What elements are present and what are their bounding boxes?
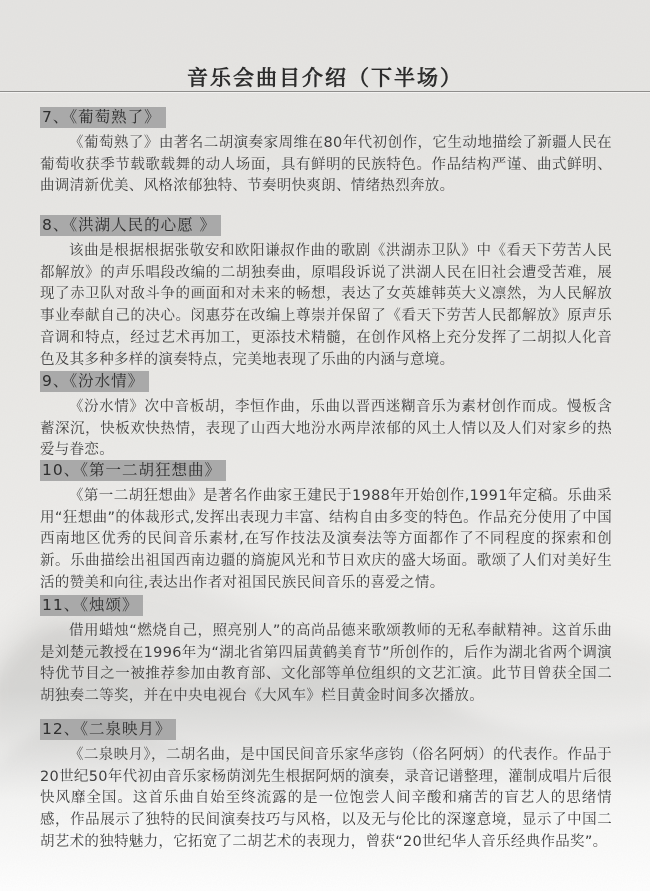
item-description: 《二泉映月》，二胡名曲，是中国民间音乐家华彦钧（俗名阿炳）的代表作。作品于20世… [40, 745, 612, 854]
item-heading: 7、《葡萄熟了》 [40, 107, 166, 128]
page-content: 音乐会曲目介绍（下半场） 7、《葡萄熟了》 《葡萄熟了》由著名二胡演奏家周维在8… [0, 0, 650, 891]
page-title: 音乐会曲目介绍（下半场） [0, 62, 650, 92]
program-item-8: 8、《洪湖人民的心愿 》 该曲是根据根据张敬安和欧阳谦叔作曲的歌剧《洪湖赤卫队》… [40, 215, 612, 371]
item-description: 该曲是根据根据张敬安和欧阳谦叔作曲的歌剧《洪湖赤卫队》中《看天下劳苦人民都解放》… [40, 241, 612, 371]
title-underline [0, 91, 650, 92]
item-heading: 9、《汾水情》 [40, 371, 149, 392]
item-heading: 12、《二泉映月》 [40, 719, 176, 740]
program-item-12: 12、《二泉映月》 《二泉映月》，二胡名曲，是中国民间音乐家华彦钧（俗名阿炳）的… [40, 719, 612, 854]
item-description: 借用蜡烛“燃烧自己，照亮别人”的高尚品德来歌颂教师的无私奉献精神。这首乐曲是刘楚… [40, 621, 612, 708]
program-item-9: 9、《汾水情》 《汾水情》次中音板胡，李恒作曲，乐曲以晋西迷糊音乐为素材创作而成… [40, 371, 612, 462]
item-description: 《汾水情》次中音板胡，李恒作曲，乐曲以晋西迷糊音乐为素材创作而成。慢板含蓄深沉，… [40, 397, 612, 462]
item-description: 《第一二胡狂想曲》是著名作曲家王建民于1988年开始创作,1991年定稿。乐曲采… [40, 486, 612, 595]
item-heading: 8、《洪湖人民的心愿 》 [40, 215, 221, 236]
item-heading: 11、《烛颂》 [40, 595, 143, 616]
program-item-7: 7、《葡萄熟了》 《葡萄熟了》由著名二胡演奏家周维在80年代初创作，它生动地描绘… [40, 107, 612, 198]
program-item-10: 10、《第一二胡狂想曲》 《第一二胡狂想曲》是著名作曲家王建民于1988年开始创… [40, 460, 612, 595]
program-item-11: 11、《烛颂》 借用蜡烛“燃烧自己，照亮别人”的高尚品德来歌颂教师的无私奉献精神… [40, 595, 612, 708]
item-description: 《葡萄熟了》由著名二胡演奏家周维在80年代初创作，它生动地描绘了新疆人民在葡萄收… [40, 133, 612, 198]
concert-program-page: 音乐会曲目介绍（下半场） 7、《葡萄熟了》 《葡萄熟了》由著名二胡演奏家周维在8… [0, 0, 650, 891]
item-heading: 10、《第一二胡狂想曲》 [40, 460, 226, 481]
